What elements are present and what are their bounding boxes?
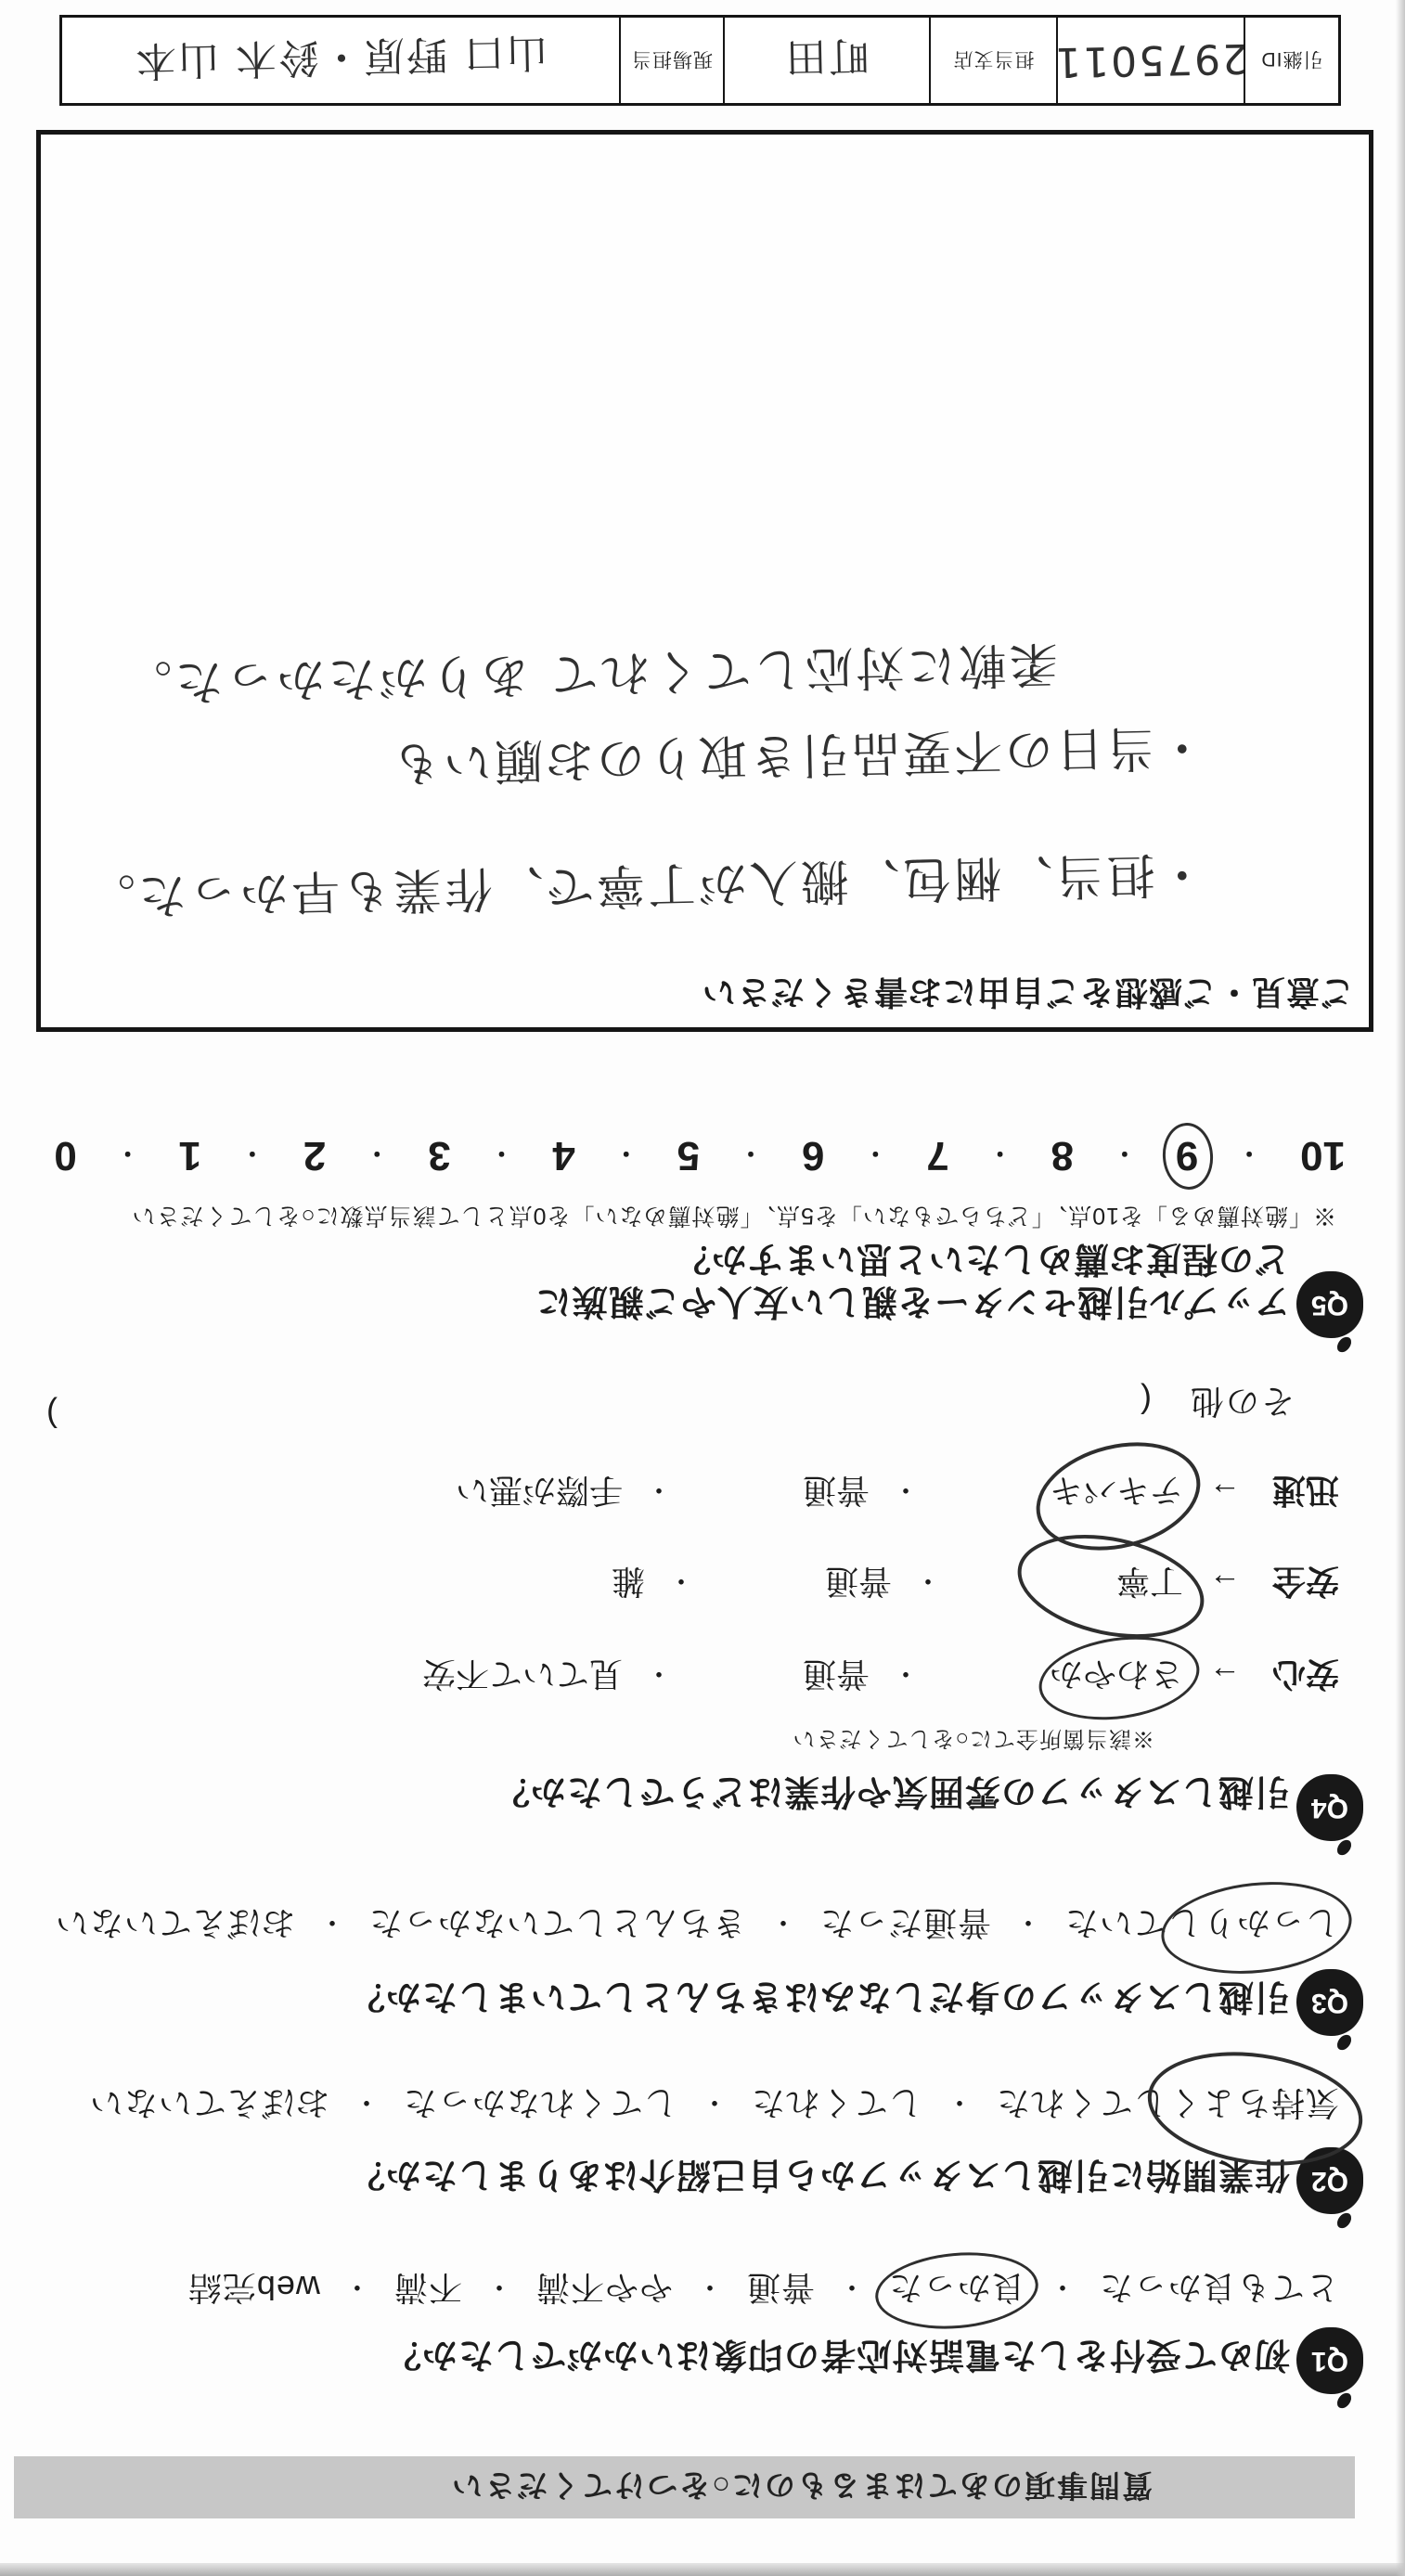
scale-separator: ・ xyxy=(240,1139,264,1173)
q4-row3-option: 普通 xyxy=(803,1469,870,1516)
q1-option: とても良かった xyxy=(1099,2266,1339,2313)
option-separator: ・ xyxy=(342,2270,371,2311)
comment-box-label: ご意見・ご感想をご自由にお書きください xyxy=(702,971,1354,1018)
scale-number-selected: 9 xyxy=(1176,1132,1198,1179)
scanned-survey-screenshot: 質問事項のあてはまるものに○をつけてください Q1 初めて受付をした電話対応者の… xyxy=(0,0,1405,2576)
q3-question: 引越しスタッフの身だしなみはきちんとしていましたか？ xyxy=(349,1975,1290,2026)
q3-option: しっかりしていた xyxy=(1064,1904,1339,1942)
option-separator: ・ xyxy=(484,2270,513,2311)
q3-option: きちんとしていなかった xyxy=(368,1901,746,1949)
option-separator: ・ xyxy=(914,1564,942,1604)
q1-option: web完結 xyxy=(187,2266,320,2313)
scale-separator: ・ xyxy=(614,1139,638,1173)
survey-title-bar: 質問事項のあてはまるものに○をつけてください xyxy=(14,2456,1355,2518)
q4-row-label: 迅速 xyxy=(1241,1469,1339,1516)
q1-badge: Q1 xyxy=(1296,2327,1363,2394)
handover-id-value-cell: 2975011 xyxy=(1058,18,1245,103)
option-separator: ・ xyxy=(892,1473,920,1513)
option-separator: ・ xyxy=(1013,1905,1042,1946)
survey-sheet-upside-down: 質問事項のあてはまるものに○をつけてください Q1 初めて受付をした電話対応者の… xyxy=(0,0,1405,2576)
scale-separator: ・ xyxy=(116,1139,140,1173)
option-separator: ・ xyxy=(317,1905,346,1946)
scale-number: 5 xyxy=(677,1132,700,1179)
branch-value-cell: 町田 xyxy=(725,18,931,103)
q4-row-label: 安心 xyxy=(1241,1653,1339,1700)
q1-badge-label: Q1 xyxy=(1311,2345,1348,2376)
q4-note: ※該当箇所全てに○をしてください xyxy=(793,1725,1155,1758)
survey-title: 質問事項のあてはまるものに○をつけてください xyxy=(450,2466,1355,2509)
q4-question: 引越しスタッフの雰囲気や作業はどうでしたか？ xyxy=(494,1770,1290,1821)
q4-row1-option: さわやか xyxy=(1050,1655,1183,1694)
q5-badge-label: Q5 xyxy=(1311,1289,1348,1320)
q4-other-row: その他 ( xyxy=(1139,1380,1295,1427)
scale-separator: ・ xyxy=(365,1139,389,1173)
q4-row3-selected: テキパキ xyxy=(1050,1469,1183,1516)
q4-row1-option: 普通 xyxy=(803,1653,870,1700)
q2-option: おぼえていない xyxy=(89,2081,329,2129)
branch-label-cell: 担当支店 xyxy=(931,18,1058,103)
q1-option: 普通 xyxy=(746,2266,815,2313)
q1-option-selected: 良かった xyxy=(888,2266,1025,2313)
option-separator: ・ xyxy=(837,2270,866,2311)
q1-option: やや不満 xyxy=(535,2266,673,2313)
q5-badge: Q5 xyxy=(1296,1271,1363,1338)
q4-row1-option: 見ていて不安 xyxy=(422,1653,623,1700)
q4-badge-label: Q4 xyxy=(1311,1792,1348,1823)
q3-badge-label: Q3 xyxy=(1311,1987,1348,2018)
q2-option: 気持ちよくしてくれた xyxy=(996,2084,1339,2122)
q3-option: おぼえていない xyxy=(55,1901,295,1949)
option-separator: ・ xyxy=(892,1656,920,1697)
staff-value-cell: 山口 野原・鈴木 山本 xyxy=(62,18,621,103)
scale-separator: ・ xyxy=(988,1139,1012,1173)
scale-separator: ・ xyxy=(1237,1139,1261,1173)
staff-handwritten: 山口 野原・鈴木 山本 xyxy=(133,26,548,94)
q5-question-line2: どの程度お薦めしたいと思いますか？ xyxy=(675,1237,1290,1288)
scale-number: 4 xyxy=(552,1132,574,1179)
q2-option: してくれた xyxy=(751,2081,922,2129)
option-separator: ・ xyxy=(667,1564,695,1604)
scan-edge-artifact xyxy=(0,2563,1405,2576)
q1-option: 良かった xyxy=(888,2269,1025,2307)
option-separator: ・ xyxy=(695,2270,724,2311)
q5-note: ※「絶対薦める」を10点、「どちらでもない」を5点、「絶対薦めない」を0点として… xyxy=(132,1201,1336,1234)
handover-id-handwritten: 2975011 xyxy=(1058,34,1245,85)
q4-row-anzen: 安全 → 丁寧 ・ 普通 ・ 雑 xyxy=(612,1560,1339,1607)
q1-question: 初めて受付をした電話対応者の印象はいかがでしたか？ xyxy=(385,2333,1290,2384)
option-separator: ・ xyxy=(768,1905,797,1946)
scale-number: 10 xyxy=(1300,1132,1346,1179)
scale-separator: ・ xyxy=(863,1139,887,1173)
q2-options: 気持ちよくしてくれた ・ してくれた ・ してくれなかった ・ おぼえていない xyxy=(89,2081,1339,2129)
q4-row2-option: 雑 xyxy=(612,1560,645,1607)
q1-options: とても良かった ・ 良かった ・ 普通 ・ やや不満 ・ 不満 ・ web完結 xyxy=(187,2266,1339,2313)
scale-number: 7 xyxy=(926,1132,948,1179)
scale-number: 2 xyxy=(303,1132,326,1179)
scale-separator: ・ xyxy=(1113,1139,1137,1173)
scale-number: 1 xyxy=(179,1132,201,1179)
q4-row1-selected: さわやか xyxy=(1050,1653,1183,1700)
q4-other-close: ) xyxy=(45,1396,58,1435)
q4-row2-selected: 丁寧 xyxy=(1035,1560,1183,1607)
paren-open: ( xyxy=(1139,1383,1152,1421)
q3-option: 普通だった xyxy=(819,1901,991,1949)
option-separator: ・ xyxy=(700,2085,728,2126)
q4-row3-option: 手際が悪い xyxy=(456,1469,623,1516)
scale-separator: ・ xyxy=(489,1139,513,1173)
scale-number: 9 xyxy=(1176,1133,1198,1179)
scale-number: 8 xyxy=(1051,1132,1073,1179)
q5-nps-scale: 10 ・ 9 ・ 8 ・ 7 ・ 6 ・ 5 ・ 4 ・ 3 ・ 2 ・ 1 ・… xyxy=(54,1132,1346,1179)
option-separator: ・ xyxy=(645,1656,673,1697)
q3-badge: Q3 xyxy=(1296,1969,1363,2036)
staff-label-cell: 現場担当 xyxy=(621,18,725,103)
q4-badge: Q4 xyxy=(1296,1774,1363,1841)
q4-row2-option: 普通 xyxy=(825,1560,892,1607)
scan-edge-artifact xyxy=(1396,0,1405,2576)
q2-option-selected: 気持ちよくしてくれた xyxy=(996,2081,1339,2129)
q4-row2-option: 丁寧 xyxy=(1116,1563,1183,1601)
staff-label: 現場担当 xyxy=(631,46,713,74)
scale-number: 3 xyxy=(428,1132,450,1179)
scale-separator: ・ xyxy=(739,1139,763,1173)
branch-label: 担当支店 xyxy=(953,46,1035,74)
q1-option: 不満 xyxy=(393,2266,462,2313)
q4-row3-option: テキパキ xyxy=(1050,1472,1183,1510)
q3-option-selected: しっかりしていた xyxy=(1064,1901,1339,1949)
q2-option: してくれなかった xyxy=(403,2081,677,2129)
q4-row-jinsoku: 迅速 → テキパキ ・ 普通 ・ 手際が悪い xyxy=(456,1469,1339,1516)
q2-question: 作業開始に引越しスタッフから自己紹介はありましたか？ xyxy=(349,2153,1290,2204)
q4-other-label: その他 xyxy=(1189,1383,1295,1421)
q4-row-anshin: 安心 → さわやか ・ 普通 ・ 見ていて不安 xyxy=(422,1653,1339,1700)
handover-table: 引継ID 2975011 担当支店 町田 現場担当 山口 野原・鈴木 山本 xyxy=(59,15,1341,106)
q2-badge-label: Q2 xyxy=(1311,2165,1348,2196)
scale-number: 0 xyxy=(54,1132,76,1179)
option-separator: ・ xyxy=(645,1473,673,1513)
option-separator: ・ xyxy=(352,2085,380,2126)
q4-row-label: 安全 xyxy=(1241,1560,1339,1607)
handover-id-label-cell: 引継ID xyxy=(1245,18,1338,103)
scale-number: 6 xyxy=(802,1132,824,1179)
option-separator: ・ xyxy=(945,2085,973,2126)
branch-handwritten: 町田 xyxy=(783,30,870,91)
q3-options: しっかりしていた ・ 普通だった ・ きちんとしていなかった ・ おぼえていない xyxy=(55,1901,1339,1949)
handover-id-label: 引継ID xyxy=(1261,46,1323,74)
option-separator: ・ xyxy=(1048,2270,1076,2311)
